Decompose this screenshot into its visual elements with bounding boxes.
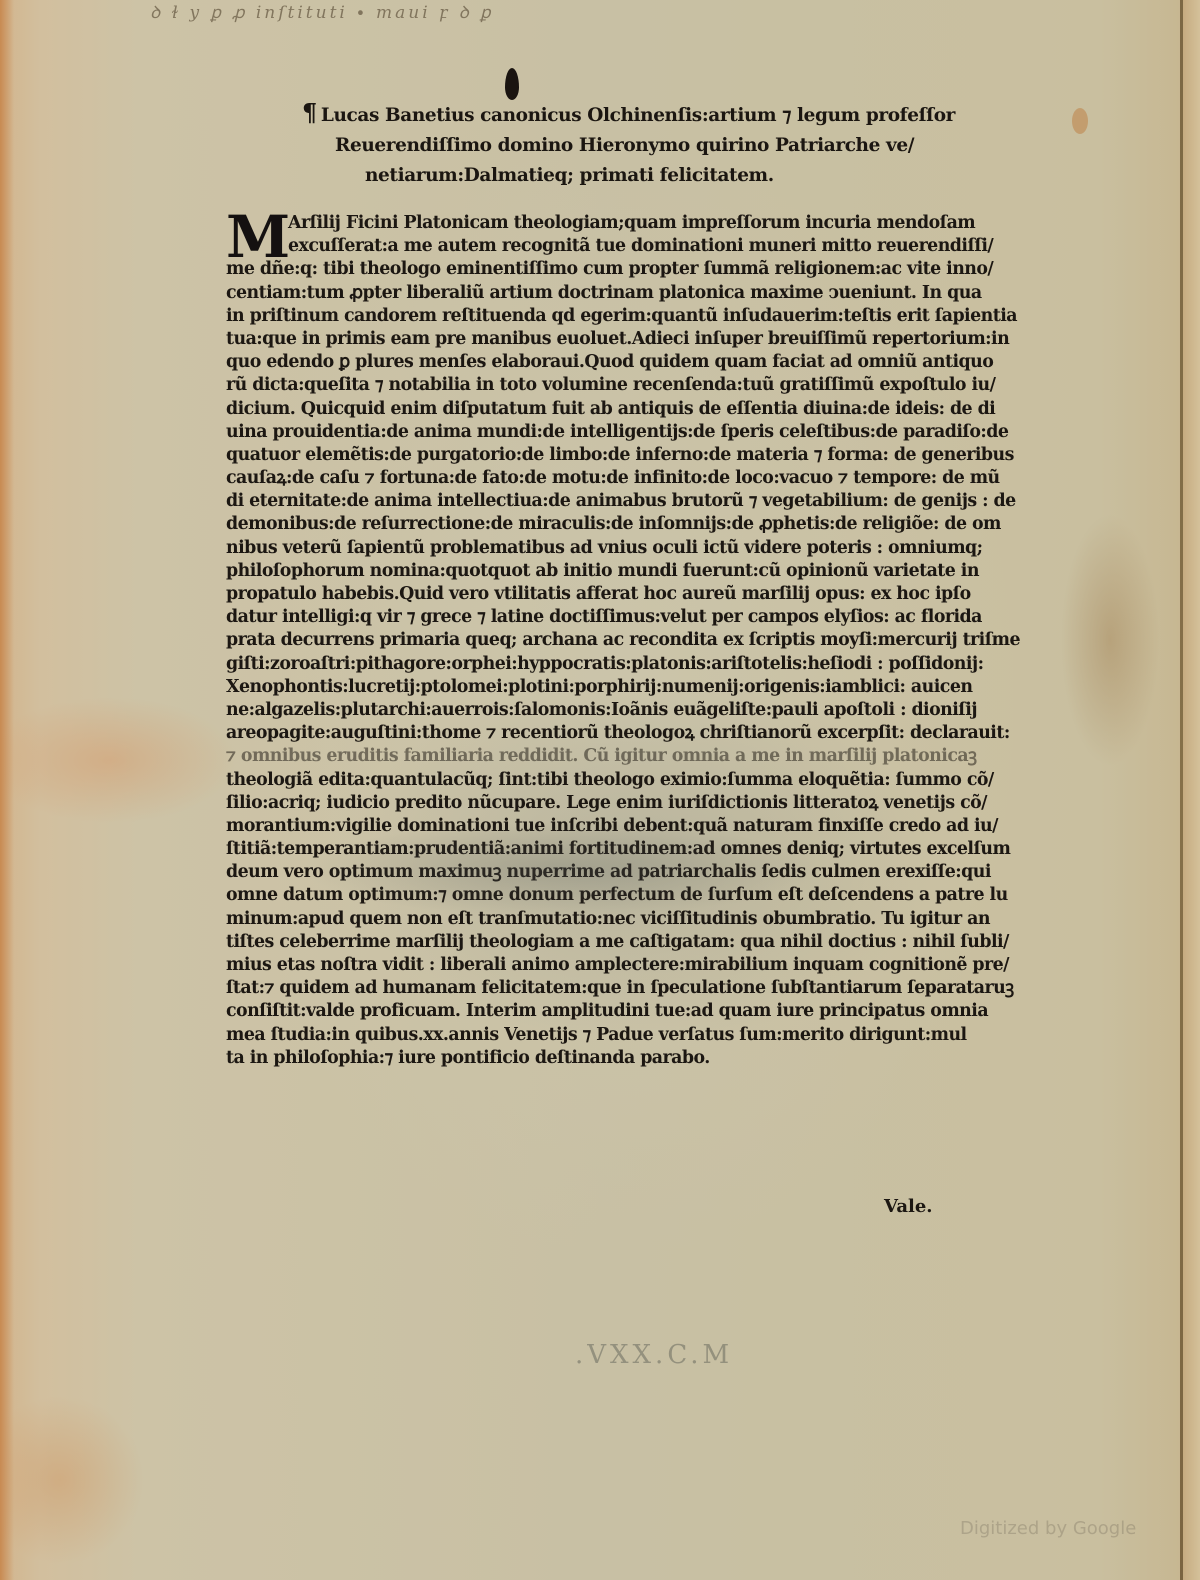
- body-line: in priſtinum candorem reſtituenda qd ege…: [226, 305, 1106, 328]
- body-line: mea ſtudia:in quibus.xx.annis Venetijs ⁊…: [226, 1024, 1106, 1047]
- body-line: ⁊ omnibus eruditis familiaria reddidit. …: [226, 745, 1106, 768]
- body-line: di eternitate:de anima intellectiua:de a…: [226, 490, 1106, 513]
- body-line: ſtat:⁊ quidem ad humanam felicitatem:que…: [226, 977, 1106, 1000]
- body-line: Xenophontis:lucretij:ptolomei:plotini:po…: [226, 676, 1106, 699]
- body-line: Arſilij Ficini Platonicam theologiam;qua…: [226, 212, 1106, 235]
- body-line: nibus veterũ ſapientũ problematibus ad v…: [226, 537, 1106, 560]
- body-line: conſiſtit:valde proficuam. Interim ampli…: [226, 1000, 1106, 1023]
- gutter-shade: [1183, 0, 1200, 1580]
- body-line: uina prouidentia:de anima mundi:de intel…: [226, 421, 1106, 444]
- body-line: giſti:zoroaſtri:pithagore:orphei:hyppocr…: [226, 653, 1106, 676]
- body-line: morantium:vigilie dominationi tue inſcri…: [226, 815, 1106, 838]
- body-line: rũ dicta:queſita ⁊ notabilia in toto vol…: [226, 374, 1106, 397]
- body-line: ne:algazelis:plutarchi:auerrois:ſalomoni…: [226, 699, 1106, 722]
- body-line: me dñe:q: tibi theologo eminentiſſimo cu…: [226, 258, 1106, 281]
- body-line: cauſaꝝ:de caſu ⁊ fortuna:de fato:de motu…: [226, 467, 1106, 490]
- colophon-date: .VXX.C.M: [575, 1340, 733, 1370]
- paragraph-mark-icon: ¶: [302, 98, 317, 127]
- body-line: prata decurrens primaria queq; archana a…: [226, 629, 1106, 652]
- body-line: areopagite:auguſtini:thome ⁊ recentiorũ …: [226, 722, 1106, 745]
- body-line: tua:que in primis eam pre manibus euolue…: [226, 328, 1106, 351]
- header-line-2: Reuerendiſſimo domino Hieronymo quirino …: [290, 131, 1080, 161]
- body-line: ſtitiã:temperantiam:prudentiã:animi fort…: [226, 838, 1106, 861]
- body-line: mius etas noſtra vidit : liberali animo …: [226, 954, 1106, 977]
- ink-blot-icon: [505, 68, 519, 100]
- body-line: datur intelligi:q vir ⁊ grece ⁊ latine d…: [226, 606, 1106, 629]
- body-line: centiam:tum ꝓpter liberaliũ artium doctr…: [226, 282, 1106, 305]
- body-line: tiſtes celeberrime marſilij theologiam a…: [226, 931, 1106, 954]
- body-line: philoſophorum nomina:quotquot ab initio …: [226, 560, 1106, 583]
- book-page: ꝺ ɫ y ꝑ ꝓ inſtituti ∙ maui ꝼ ꝺ ꝑ ¶Lucas …: [0, 0, 1200, 1580]
- body-line: theologiã edita:quantulacũq; ſint:tibi t…: [226, 769, 1106, 792]
- letter-body: Arſilij Ficini Platonicam theologiam;qua…: [226, 212, 1106, 1070]
- dedication-header: ¶Lucas Banetius canonicus Olchinenſis:ar…: [290, 98, 1080, 191]
- body-line: demonibus:de reſurrectione:de miraculis:…: [226, 513, 1106, 536]
- digitization-watermark: Digitized by Google: [960, 1518, 1136, 1539]
- body-line: minum:apud quem non eſt tranſmutatio:nec…: [226, 908, 1106, 931]
- top-margin-annotation: ꝺ ɫ y ꝑ ꝓ inſtituti ∙ maui ꝼ ꝺ ꝑ: [150, 0, 870, 34]
- header-line-3: netiarum:Dalmatieq; primati felicitatem.: [290, 161, 1080, 191]
- body-line: ſilio:acriq; iudicio predito nũcupare. L…: [226, 792, 1106, 815]
- page-fold-line: [1180, 0, 1183, 1580]
- body-line: quatuor elemẽtis:de purgatorio:de limbo:…: [226, 444, 1106, 467]
- body-line: ta in philoſophia:⁊ iure pontificio deſt…: [226, 1047, 1106, 1070]
- closing-vale: Vale.: [884, 1196, 933, 1217]
- body-line: propatulo habebis.Quid vero vtilitatis a…: [226, 583, 1106, 606]
- body-line: deum vero optimum maximuꝫ nuperrime ad p…: [226, 861, 1106, 884]
- body-line: omne datum optimum:⁊ omne donum perfectu…: [226, 884, 1106, 907]
- body-line: dicium. Quicquid enim diſputatum fuit ab…: [226, 398, 1106, 421]
- body-line: excuſſerat:a me autem recognitã tue domi…: [226, 235, 1106, 258]
- left-page-edge-stain: [0, 0, 14, 1580]
- body-line: quo edendo ꝑ plures menſes elaboraui.Quo…: [226, 351, 1106, 374]
- header-line-1: ¶Lucas Banetius canonicus Olchinenſis:ar…: [290, 98, 1080, 131]
